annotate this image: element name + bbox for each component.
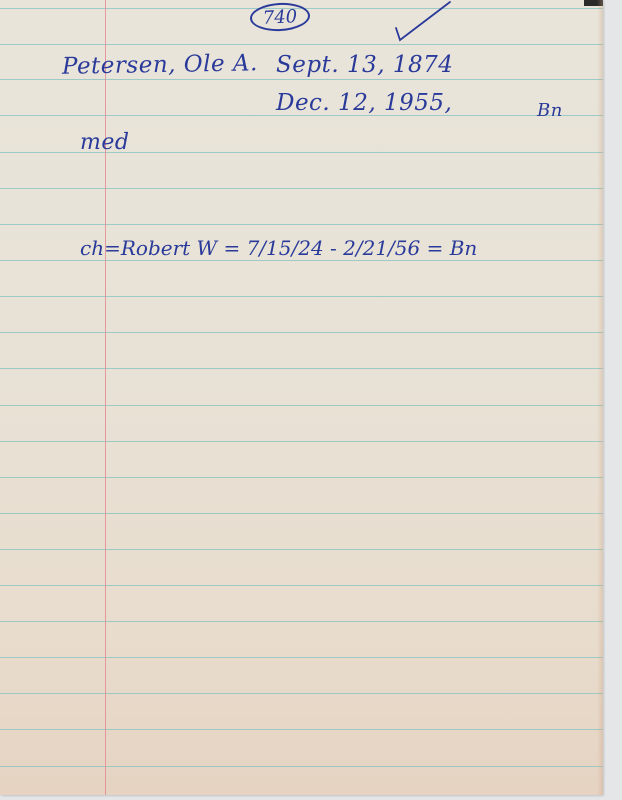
rule-line xyxy=(0,224,603,225)
child-note: ch=Robert W = 7/15/24 - 2/21/56 = Bn xyxy=(80,236,477,260)
rule-line xyxy=(0,441,603,442)
rule-line xyxy=(0,296,603,297)
rule-line xyxy=(0,513,603,514)
location-code: Bn xyxy=(537,100,563,121)
birth-date: Sept. 13, 1874 xyxy=(276,52,453,78)
rule-line xyxy=(0,477,603,478)
name-entry: Petersen, Ole A. xyxy=(62,50,258,79)
occupation-note: med xyxy=(80,130,129,155)
scan-corner-shadow xyxy=(584,0,603,6)
rule-line xyxy=(0,260,603,261)
rule-line xyxy=(0,585,603,586)
rule-line xyxy=(0,44,603,45)
rule-line xyxy=(0,188,603,189)
rule-line xyxy=(0,405,603,406)
rule-line xyxy=(0,332,603,333)
page-number-text: 740 xyxy=(262,6,297,29)
rule-line xyxy=(0,657,603,658)
rule-line xyxy=(0,621,603,622)
check-mark-icon xyxy=(392,0,452,45)
rule-line xyxy=(0,549,603,550)
rule-line xyxy=(0,693,603,694)
rule-line xyxy=(0,368,603,369)
death-date: Dec. 12, 1955, xyxy=(276,90,452,116)
rule-line xyxy=(0,766,603,767)
notebook-page: 740 Petersen, Ole A. Sept. 13, 1874 Dec.… xyxy=(0,0,603,795)
circled-page-number: 740 xyxy=(249,1,310,32)
red-margin-line xyxy=(105,0,106,795)
rule-line xyxy=(0,729,603,730)
